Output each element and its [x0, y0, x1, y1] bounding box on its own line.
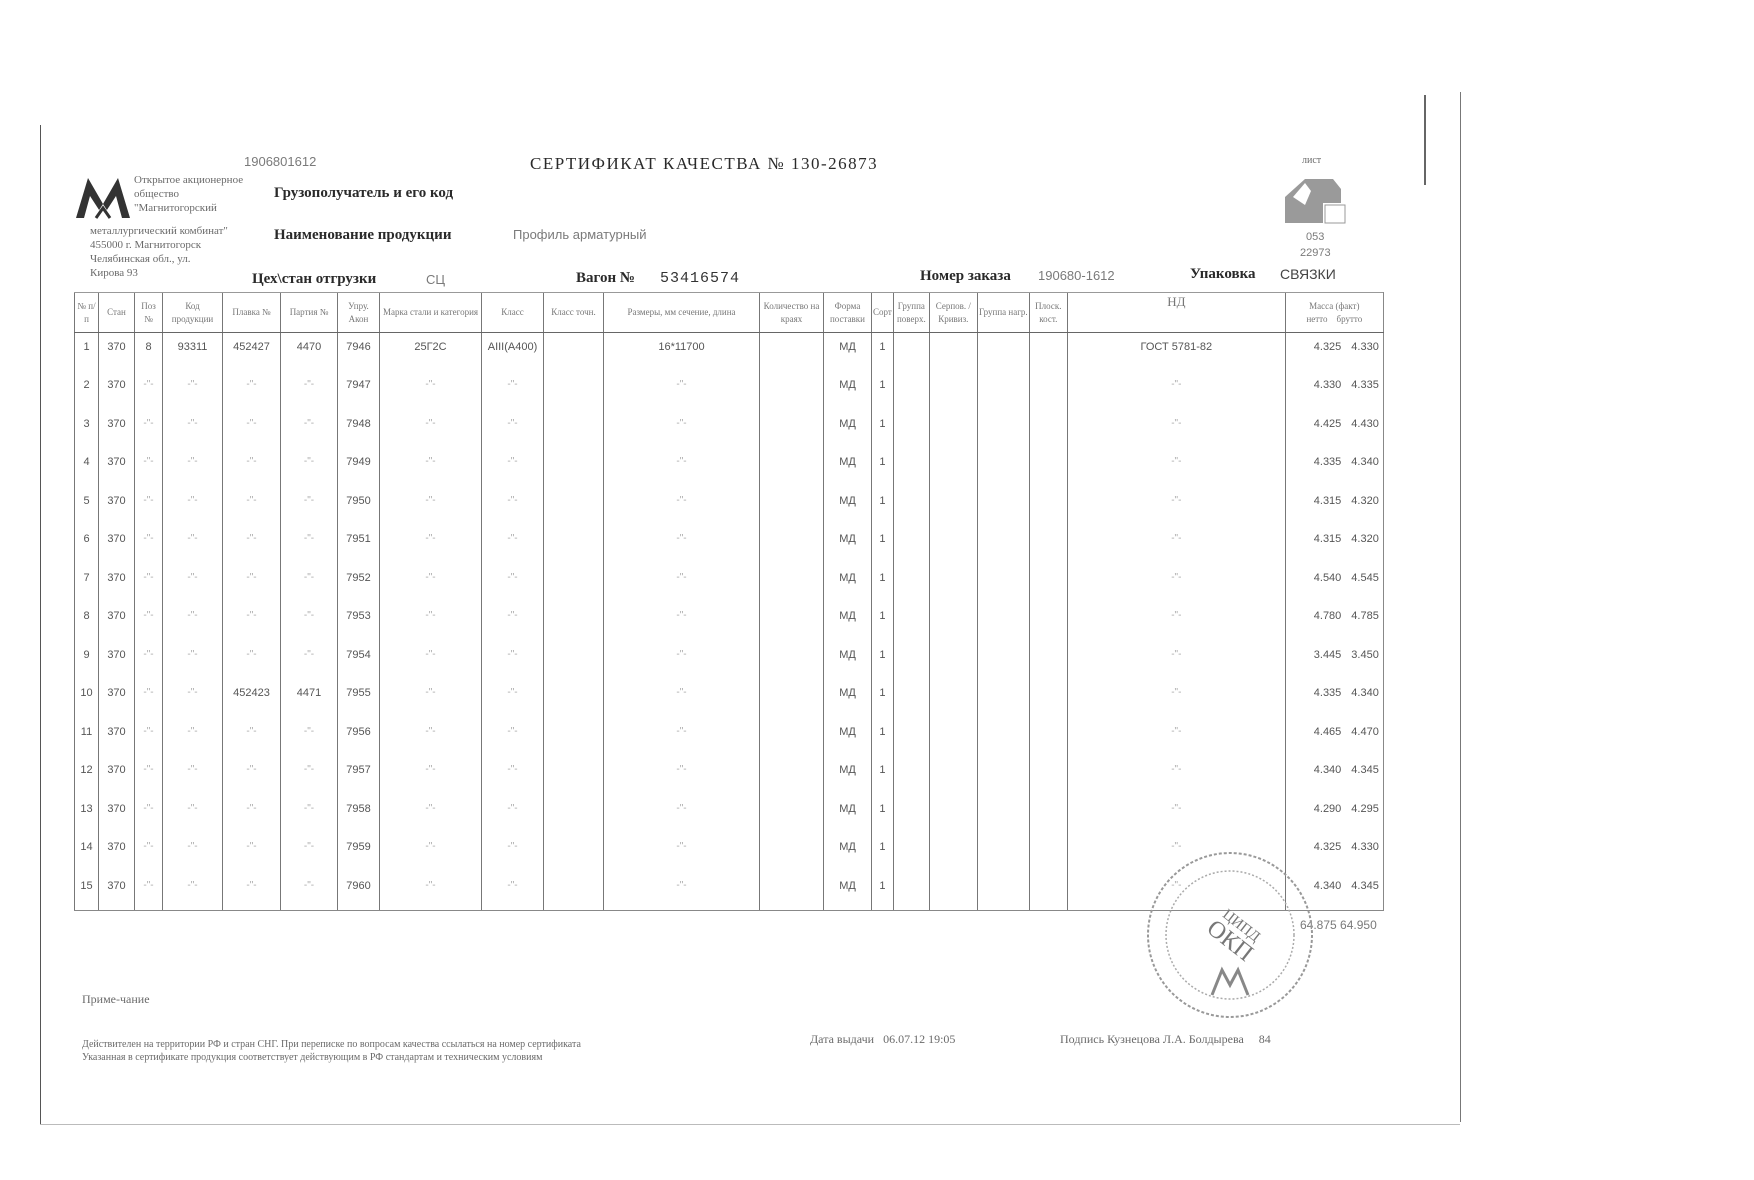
- table-row: 4370-"--"--"--"-7949-"--"--"-МД1-"-4.335…: [75, 448, 1384, 487]
- cell-empty: [893, 525, 929, 564]
- cell-sort: 1: [872, 602, 894, 641]
- sheet-label: лист: [1302, 154, 1321, 168]
- cell-batch: -"-: [281, 564, 338, 603]
- cell-form: МД: [824, 795, 872, 834]
- table-row: 10370-"--"-45242344717955-"--"--"-МД1-"-…: [75, 679, 1384, 718]
- cell-grade: -"-: [380, 487, 482, 526]
- col-header: Размеры, мм сечение, длина: [604, 293, 760, 333]
- cell-stan: 370: [99, 679, 135, 718]
- cell-stan: 370: [99, 487, 135, 526]
- cell-empty: [893, 718, 929, 757]
- cell-form: МД: [824, 410, 872, 449]
- mark-code-2: 22973: [1300, 247, 1331, 259]
- cell-pos: -"-: [135, 872, 163, 911]
- cell-form: МД: [824, 602, 872, 641]
- cell-bundle: 7954: [338, 641, 380, 680]
- cell-grade: -"-: [380, 795, 482, 834]
- cell-stan: 370: [99, 410, 135, 449]
- col-header: Класс точн.: [544, 293, 604, 333]
- cell-n: 10: [75, 679, 99, 718]
- cell-sort: 1: [872, 410, 894, 449]
- col-header-nd: НД: [1067, 293, 1285, 333]
- cell-mass: 4.3304.335: [1285, 371, 1383, 410]
- col-header: Серпов. /Кривиз.: [929, 293, 977, 333]
- table-row: 11370-"--"--"--"-7956-"--"--"-МД1-"-4.46…: [75, 718, 1384, 757]
- cell-sort: 1: [872, 525, 894, 564]
- product-value: Профиль арматурный: [513, 227, 647, 242]
- cell-size: 16*11700: [604, 333, 760, 372]
- cell-batch: -"-: [281, 833, 338, 872]
- cell-grade: 25Г2С: [380, 333, 482, 372]
- cell-bundle: 7950: [338, 487, 380, 526]
- cell-nd: -"-: [1067, 602, 1285, 641]
- cell-empty: [760, 602, 824, 641]
- cell-mass: 4.4654.470: [1285, 718, 1383, 757]
- issue-date-label: Дата выдачи: [810, 1032, 874, 1046]
- certificate-table: № п/п Стан Поз № Код продукции Плавка № …: [74, 292, 1384, 911]
- cell-empty: [760, 718, 824, 757]
- cell-n: 15: [75, 872, 99, 911]
- cell-empty: [977, 795, 1029, 834]
- quality-mark-icon: [1283, 175, 1349, 225]
- cell-stan: 370: [99, 602, 135, 641]
- cell-melt: -"-: [223, 718, 281, 757]
- col-header: Сорт: [872, 293, 894, 333]
- cell-pos: -"-: [135, 833, 163, 872]
- cell-n: 13: [75, 795, 99, 834]
- cell-grade: -"-: [380, 756, 482, 795]
- cell-empty: [544, 718, 604, 757]
- cell-empty: [893, 602, 929, 641]
- cell-empty: [977, 525, 1029, 564]
- cell-nd: -"-: [1067, 410, 1285, 449]
- mass-gross: 4.345: [1351, 764, 1379, 776]
- cell-empty: [977, 448, 1029, 487]
- cell-stan: 370: [99, 756, 135, 795]
- cell-batch: -"-: [281, 756, 338, 795]
- cell-stan: 370: [99, 448, 135, 487]
- cell-cls: -"-: [482, 833, 544, 872]
- cell-empty: [977, 833, 1029, 872]
- cell-bundle: 7952: [338, 564, 380, 603]
- product-label: Наименование продукции: [274, 227, 451, 244]
- cell-empty: [893, 371, 929, 410]
- cell-form: МД: [824, 371, 872, 410]
- cell-empty: [929, 564, 977, 603]
- cell-empty: [977, 641, 1029, 680]
- cell-pos: -"-: [135, 371, 163, 410]
- cell-code: -"-: [163, 641, 223, 680]
- signature-code: 84: [1259, 1032, 1271, 1046]
- cell-empty: [544, 333, 604, 372]
- cell-empty: [977, 564, 1029, 603]
- cell-n: 6: [75, 525, 99, 564]
- cell-empty: [1029, 602, 1067, 641]
- table-row: 2370-"--"--"--"-7947-"--"--"-МД1-"-4.330…: [75, 371, 1384, 410]
- cell-size: -"-: [604, 525, 760, 564]
- cell-grade: -"-: [380, 410, 482, 449]
- cell-code: -"-: [163, 795, 223, 834]
- cell-melt: -"-: [223, 756, 281, 795]
- cell-code: -"-: [163, 371, 223, 410]
- cell-empty: [977, 756, 1029, 795]
- cell-size: -"-: [604, 641, 760, 680]
- cell-sort: 1: [872, 371, 894, 410]
- cell-sort: 1: [872, 487, 894, 526]
- cell-bundle: 7959: [338, 833, 380, 872]
- cell-empty: [1029, 371, 1067, 410]
- cell-cls: -"-: [482, 641, 544, 680]
- cell-mass: 4.3254.330: [1285, 333, 1383, 372]
- cell-cls: -"-: [482, 410, 544, 449]
- cell-empty: [977, 872, 1029, 911]
- cell-sort: 1: [872, 756, 894, 795]
- cell-form: МД: [824, 641, 872, 680]
- mass-net: 4.780: [1314, 610, 1342, 622]
- validity-text: Действителен на территории РФ и стран СН…: [82, 1038, 581, 1064]
- cell-empty: [977, 410, 1029, 449]
- cell-bundle: 7948: [338, 410, 380, 449]
- cell-sort: 1: [872, 718, 894, 757]
- cell-form: МД: [824, 564, 872, 603]
- cell-empty: [1029, 333, 1067, 372]
- col-header: Код продукции: [163, 293, 223, 333]
- note-label: Приме-чание: [82, 992, 150, 1006]
- cell-empty: [977, 487, 1029, 526]
- cell-empty: [544, 679, 604, 718]
- cell-empty: [977, 371, 1029, 410]
- cell-empty: [544, 371, 604, 410]
- cell-n: 2: [75, 371, 99, 410]
- cell-cls: -"-: [482, 487, 544, 526]
- cell-melt: -"-: [223, 410, 281, 449]
- mass-sub-net: нетто: [1306, 314, 1327, 324]
- cell-stan: 370: [99, 371, 135, 410]
- cell-bundle: 7955: [338, 679, 380, 718]
- cell-melt: -"-: [223, 602, 281, 641]
- cell-empty: [760, 795, 824, 834]
- cell-code: -"-: [163, 525, 223, 564]
- cell-form: МД: [824, 487, 872, 526]
- cell-n: 9: [75, 641, 99, 680]
- cell-empty: [893, 833, 929, 872]
- cell-empty: [929, 679, 977, 718]
- cell-form: МД: [824, 679, 872, 718]
- cell-empty: [544, 795, 604, 834]
- cell-empty: [760, 525, 824, 564]
- cell-bundle: 7949: [338, 448, 380, 487]
- cell-code: -"-: [163, 410, 223, 449]
- cell-sort: 1: [872, 641, 894, 680]
- cell-sort: 1: [872, 333, 894, 372]
- col-header: Марка стали и категория: [380, 293, 482, 333]
- cell-empty: [929, 333, 977, 372]
- cell-cls: -"-: [482, 718, 544, 757]
- cell-empty: [760, 410, 824, 449]
- table-row: 5370-"--"--"--"-7950-"--"--"-МД1-"-4.315…: [75, 487, 1384, 526]
- company-line: общество: [134, 187, 243, 201]
- page-border-left: [40, 125, 41, 1125]
- cell-pos: 8: [135, 333, 163, 372]
- cell-empty: [893, 487, 929, 526]
- table-row: 13708933114524274470794625Г2САIII(А400)1…: [75, 333, 1384, 372]
- mass-gross: 4.430: [1351, 418, 1379, 430]
- cell-cls: -"-: [482, 602, 544, 641]
- cell-empty: [929, 833, 977, 872]
- mass-net: 4.315: [1314, 533, 1342, 545]
- cell-nd: -"-: [1067, 525, 1285, 564]
- page-border-right: [1460, 92, 1461, 1122]
- cell-empty: [893, 679, 929, 718]
- cell-code: -"-: [163, 602, 223, 641]
- cell-melt: -"-: [223, 525, 281, 564]
- col-header: Поз №: [135, 293, 163, 333]
- cell-code: 93311: [163, 333, 223, 372]
- col-header-mass: Масса (факт) нетто брутто: [1285, 293, 1383, 333]
- cell-batch: -"-: [281, 487, 338, 526]
- mass-net: 4.335: [1314, 687, 1342, 699]
- cell-cls: -"-: [482, 795, 544, 834]
- cell-empty: [929, 525, 977, 564]
- cell-pos: -"-: [135, 718, 163, 757]
- signature-value: Кузнецова Л.А. Болдырева: [1107, 1032, 1244, 1046]
- cell-grade: -"-: [380, 872, 482, 911]
- signature-label: Подпись: [1060, 1032, 1104, 1046]
- cell-empty: [1029, 872, 1067, 911]
- col-header: Группа поверх.: [893, 293, 929, 333]
- cell-code: -"-: [163, 833, 223, 872]
- table-body: 13708933114524274470794625Г2САIII(А400)1…: [75, 333, 1384, 911]
- cell-empty: [893, 641, 929, 680]
- cell-empty: [544, 602, 604, 641]
- cell-sort: 1: [872, 679, 894, 718]
- cell-empty: [929, 410, 977, 449]
- cell-empty: [760, 833, 824, 872]
- cell-bundle: 7956: [338, 718, 380, 757]
- cell-empty: [1029, 833, 1067, 872]
- cell-grade: -"-: [380, 525, 482, 564]
- company-address-block: металлургический комбинат" 455000 г. Маг…: [90, 224, 228, 280]
- mass-gross: 4.295: [1351, 803, 1379, 815]
- cell-size: -"-: [604, 718, 760, 757]
- cell-stan: 370: [99, 525, 135, 564]
- company-line: 455000 г. Магнитогорск: [90, 238, 228, 252]
- signature: Подпись Кузнецова Л.А. Болдырева 84: [1060, 1032, 1271, 1046]
- cell-n: 12: [75, 756, 99, 795]
- cell-cls: -"-: [482, 525, 544, 564]
- cell-bundle: 7951: [338, 525, 380, 564]
- cell-stan: 370: [99, 333, 135, 372]
- wagon-value: 53416574: [660, 270, 740, 287]
- cell-bundle: 7953: [338, 602, 380, 641]
- cell-n: 7: [75, 564, 99, 603]
- mass-gross: 4.345: [1351, 880, 1379, 892]
- packing-value: СВЯЗКИ: [1280, 266, 1336, 282]
- cell-batch: -"-: [281, 525, 338, 564]
- cell-empty: [1029, 564, 1067, 603]
- table-row: 3370-"--"--"--"-7948-"--"--"-МД1-"-4.425…: [75, 410, 1384, 449]
- cell-empty: [929, 371, 977, 410]
- cell-empty: [929, 487, 977, 526]
- cell-code: -"-: [163, 564, 223, 603]
- cell-melt: -"-: [223, 872, 281, 911]
- order-value: 190680-1612: [1038, 268, 1115, 283]
- col-header: № п/п: [75, 293, 99, 333]
- cell-mass: 4.2904.295: [1285, 795, 1383, 834]
- cell-melt: -"-: [223, 448, 281, 487]
- mass-net: 4.425: [1314, 418, 1342, 430]
- cell-empty: [544, 487, 604, 526]
- cell-melt: -"-: [223, 795, 281, 834]
- cell-sort: 1: [872, 872, 894, 911]
- cell-empty: [893, 872, 929, 911]
- cell-grade: -"-: [380, 564, 482, 603]
- cell-grade: -"-: [380, 371, 482, 410]
- cell-mass: 4.3354.340: [1285, 448, 1383, 487]
- cell-cls: АIII(А400): [482, 333, 544, 372]
- cell-batch: 4470: [281, 333, 338, 372]
- cell-nd: -"-: [1067, 564, 1285, 603]
- cell-empty: [1029, 525, 1067, 564]
- cell-grade: -"-: [380, 602, 482, 641]
- cell-melt: 452427: [223, 333, 281, 372]
- cell-batch: -"-: [281, 718, 338, 757]
- cell-empty: [1029, 410, 1067, 449]
- cell-sort: 1: [872, 833, 894, 872]
- cell-bundle: 7946: [338, 333, 380, 372]
- cell-empty: [977, 602, 1029, 641]
- cell-batch: -"-: [281, 410, 338, 449]
- company-line: Кирова 93: [90, 266, 228, 280]
- cell-size: -"-: [604, 448, 760, 487]
- company-line: "Магнитогорский: [134, 201, 243, 215]
- mass-net: 4.315: [1314, 495, 1342, 507]
- cell-nd: -"-: [1067, 371, 1285, 410]
- cell-form: МД: [824, 833, 872, 872]
- certificate-title: СЕРТИФИКАТ КАЧЕСТВА № 130-26873: [530, 154, 878, 174]
- cell-melt: -"-: [223, 641, 281, 680]
- cell-empty: [760, 872, 824, 911]
- cell-stan: 370: [99, 718, 135, 757]
- cell-empty: [893, 564, 929, 603]
- cell-n: 11: [75, 718, 99, 757]
- cell-stan: 370: [99, 833, 135, 872]
- cell-empty: [544, 564, 604, 603]
- cell-batch: -"-: [281, 872, 338, 911]
- cell-melt: 452423: [223, 679, 281, 718]
- cell-empty: [1029, 448, 1067, 487]
- mass-net: 4.540: [1314, 572, 1342, 584]
- cell-batch: -"-: [281, 371, 338, 410]
- cell-empty: [760, 371, 824, 410]
- cell-batch: 4471: [281, 679, 338, 718]
- cell-empty: [977, 333, 1029, 372]
- cell-pos: -"-: [135, 641, 163, 680]
- cell-form: МД: [824, 333, 872, 372]
- validity-line: Указанная в сертификате продукция соотве…: [82, 1051, 581, 1064]
- mass-gross: 4.320: [1351, 495, 1379, 507]
- cell-cls: -"-: [482, 371, 544, 410]
- cell-mass: 4.5404.545: [1285, 564, 1383, 603]
- cell-stan: 370: [99, 641, 135, 680]
- cell-mass: 4.4254.430: [1285, 410, 1383, 449]
- cell-mass: 4.3354.340: [1285, 679, 1383, 718]
- cell-nd: -"-: [1067, 448, 1285, 487]
- mass-gross: 3.450: [1351, 649, 1379, 661]
- cell-size: -"-: [604, 487, 760, 526]
- cell-nd: -"-: [1067, 641, 1285, 680]
- cell-empty: [893, 795, 929, 834]
- cell-mass: 4.3404.345: [1285, 756, 1383, 795]
- cell-melt: -"-: [223, 371, 281, 410]
- cell-empty: [544, 872, 604, 911]
- cell-melt: -"-: [223, 487, 281, 526]
- mass-header-label: Масса (факт): [1287, 300, 1382, 313]
- official-stamp-icon: ЦИПД ОКП: [1140, 845, 1320, 1025]
- col-header: Группа нагр.: [977, 293, 1029, 333]
- cell-nd: -"-: [1067, 679, 1285, 718]
- cell-melt: -"-: [223, 833, 281, 872]
- shop-value: СЦ: [426, 272, 445, 287]
- cell-empty: [977, 679, 1029, 718]
- cell-nd: -"-: [1067, 487, 1285, 526]
- cell-empty: [893, 448, 929, 487]
- cell-empty: [760, 679, 824, 718]
- company-line: металлургический комбинат": [90, 224, 228, 238]
- mass-gross: 4.330: [1351, 841, 1379, 853]
- wagon-label: Вагон №: [576, 270, 635, 287]
- packing-label: Упаковка: [1190, 266, 1256, 283]
- cell-melt: -"-: [223, 564, 281, 603]
- cell-empty: [544, 448, 604, 487]
- issue-date: Дата выдачи 06.07.12 19:05: [810, 1032, 955, 1046]
- cell-grade: -"-: [380, 833, 482, 872]
- cell-empty: [760, 448, 824, 487]
- cell-pos: -"-: [135, 487, 163, 526]
- mass-gross: 4.545: [1351, 572, 1379, 584]
- cell-size: -"-: [604, 872, 760, 911]
- cell-pos: -"-: [135, 756, 163, 795]
- cell-size: -"-: [604, 795, 760, 834]
- cell-empty: [544, 641, 604, 680]
- mass-gross: 4.330: [1351, 341, 1379, 353]
- cell-mass: 4.3154.320: [1285, 525, 1383, 564]
- cell-empty: [977, 718, 1029, 757]
- table-row: 13370-"--"--"--"-7958-"--"--"-МД1-"-4.29…: [75, 795, 1384, 834]
- cell-empty: [929, 718, 977, 757]
- cell-grade: -"-: [380, 718, 482, 757]
- cell-empty: [1029, 679, 1067, 718]
- validity-line: Действителен на территории РФ и стран СН…: [82, 1038, 581, 1051]
- cell-size: -"-: [604, 371, 760, 410]
- cell-pos: -"-: [135, 564, 163, 603]
- cell-nd: -"-: [1067, 718, 1285, 757]
- cell-n: 8: [75, 602, 99, 641]
- mass-net: 3.445: [1314, 649, 1342, 661]
- cell-batch: -"-: [281, 602, 338, 641]
- cell-code: -"-: [163, 718, 223, 757]
- cell-code: -"-: [163, 872, 223, 911]
- table-row: 12370-"--"--"--"-7957-"--"--"-МД1-"-4.34…: [75, 756, 1384, 795]
- cell-size: -"-: [604, 833, 760, 872]
- cell-mass: 4.3154.320: [1285, 487, 1383, 526]
- cell-empty: [760, 487, 824, 526]
- cell-n: 14: [75, 833, 99, 872]
- cell-n: 1: [75, 333, 99, 372]
- scan-edge-mark: [1424, 95, 1426, 185]
- mass-gross: 4.340: [1351, 687, 1379, 699]
- col-header: Стан: [99, 293, 135, 333]
